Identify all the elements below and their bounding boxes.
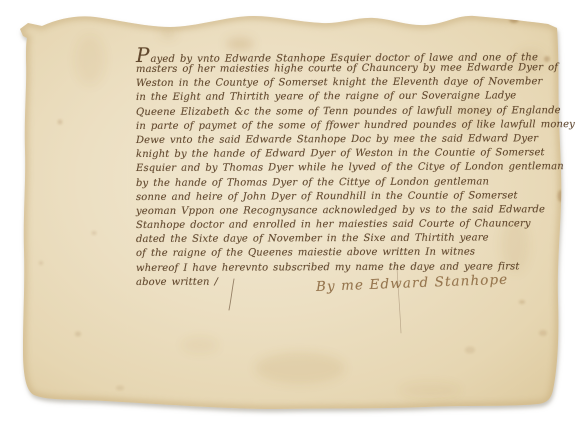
manuscript-photo: Payed by vnto Edwarde Stanhope Esquier d… — [0, 0, 580, 431]
parchment-image — [0, 0, 580, 431]
